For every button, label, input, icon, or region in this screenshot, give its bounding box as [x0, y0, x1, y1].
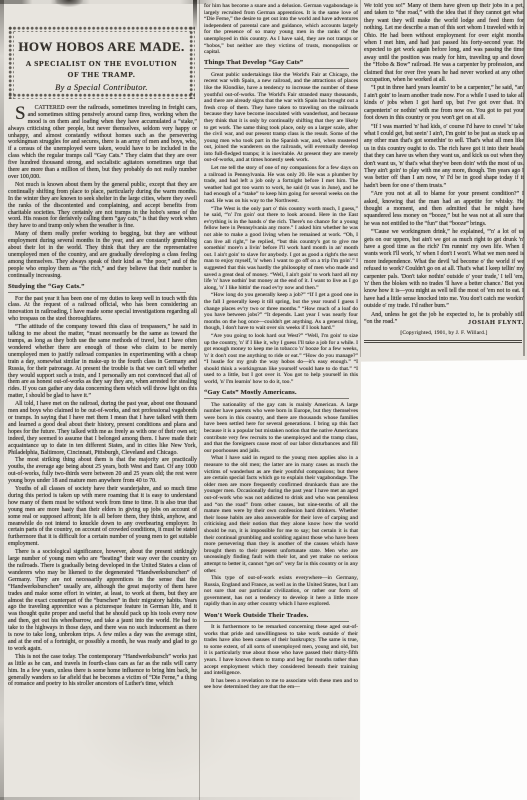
copyright-line: [Copyrighted, 1901, by J. F. Willard.] [364, 330, 524, 337]
chain-border-icon [8, 26, 14, 99]
section-heading: Things That Develop “Gay Cats” [204, 59, 349, 69]
article-paragraph: This is not the case today. The contempo… [8, 654, 197, 689]
article-paragraph: for him has become a snare and a delusio… [204, 3, 358, 56]
scrapbook-page: HOW HOBOS ARE MADE. A SPECIALIST ON THE … [0, 0, 527, 800]
article-byline: By a Special Contributor. [18, 85, 185, 92]
section-heading: Won't Work Outside Their Trades. [204, 612, 349, 622]
column-divider-rule [360, 0, 361, 357]
article-paragraph: “I put in three hard years learnin' to b… [364, 85, 524, 122]
chain-border-icon [8, 26, 195, 32]
article-paragraph: The most striking thing about them is th… [8, 457, 197, 485]
article-paragraph: “The West is the only part o' this count… [204, 206, 358, 292]
end-of-article-rule [364, 340, 522, 344]
article-subtitle: A SPECIALIST ON THE EVOLUTION OF THE TRA… [22, 59, 181, 80]
article-paragraph: All told, I have met on the railroad, du… [8, 401, 197, 456]
article-paragraph: Many of them really prefer working to be… [8, 231, 197, 279]
article-paragraph: This type of out-of-work exists everywhe… [204, 575, 358, 608]
article-paragraph: Not much is known about them by the gene… [8, 182, 197, 230]
chain-border-icon [189, 26, 195, 99]
section-heading: Studying the “Gay Cats.” [8, 283, 186, 293]
article-paragraph: We told you so!” Many of them have given… [364, 3, 524, 84]
article-paragraph: Youths of all classes of society have th… [8, 486, 197, 548]
column-text: We told you so!” Many of them have given… [364, 3, 524, 343]
article-paragraph: “Are you going to look hard out West?” “… [204, 333, 358, 386]
article-paragraph: “The attitude of the company toward this… [8, 324, 197, 400]
chain-border-icon [8, 93, 195, 99]
article-paragraph: “If I was married 'n' had kids, o' cours… [364, 124, 524, 191]
author-signature: JOSIAH FLYNT. [461, 319, 524, 326]
article-paragraph: And, unless he got the job he expected t… [364, 312, 524, 327]
article-paragraph: The nationality of the gay cats is mainl… [204, 402, 358, 455]
article-paragraph: It is furthermore to be remarked concern… [204, 624, 358, 677]
article-paragraph: “Are you not at all to blame for your pr… [364, 191, 524, 228]
article-column-1: HOW HOBOS ARE MADE. A SPECIALIST ON THE … [8, 24, 197, 798]
article-paragraph: “'Cause we workingmen drink,” he explain… [364, 229, 524, 310]
article-paragraph: Great public undertakings like the World… [204, 72, 358, 164]
article-paragraph: It has been a revelation to me to associ… [204, 678, 358, 691]
article-paragraph: There is a sociological significance, ho… [8, 549, 197, 653]
column-text: for him has become a snare and a delusio… [204, 3, 358, 691]
article-paragraph: What I have said in regard to the young … [204, 455, 358, 574]
article-paragraph: Let me tell the story of one of my compa… [204, 165, 358, 205]
drop-cap: S [8, 105, 28, 121]
section-heading: “Gay Cats” Mostly Americans. [204, 389, 349, 399]
article-column-3: We told you so!” Many of them have given… [364, 3, 524, 357]
article-paragraph: For the past year it has been one of my … [8, 296, 197, 324]
article-paragraph: SCATTERED over the railroads, sometimes … [8, 105, 197, 181]
article-paragraph: “How long do you generally keep a job?” … [204, 292, 358, 332]
column-divider-rule [199, 0, 200, 800]
article-title: HOW HOBOS ARE MADE. [18, 39, 185, 54]
headline-box: HOW HOBOS ARE MADE. A SPECIALIST ON THE … [8, 26, 195, 99]
column-text: SCATTERED over the railroads, sometimes … [8, 105, 197, 688]
article-column-2: for him has become a snare and a delusio… [204, 3, 358, 798]
